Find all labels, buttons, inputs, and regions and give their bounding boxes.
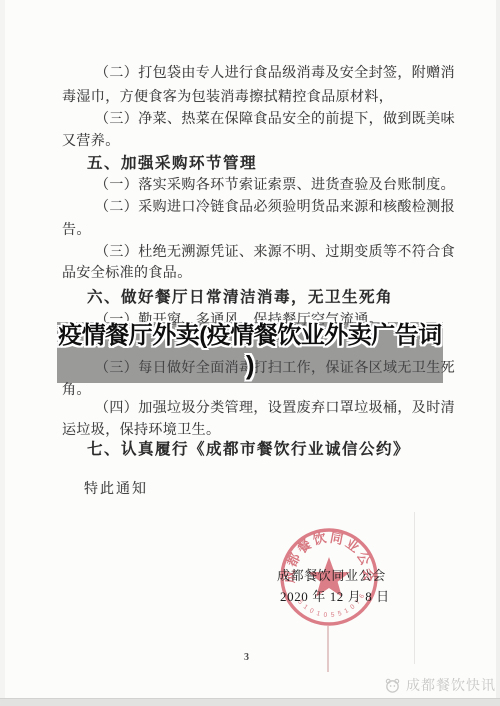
scan-crease [414,512,415,664]
notice-line: 特此通知 [84,478,148,498]
doc-line: （一）落实采购各环节索证索票、进货查验及台账制度。 [95,174,455,194]
doc-line: 又营养。 [62,130,120,150]
doc-line: 品安全标准的食品。 [62,262,192,282]
signature-date: 2020 年 12 月 8 日 [280,586,390,605]
headline-line2: ) [246,350,254,380]
bottom-strip [0,698,500,706]
footer-watermark: 成都餐饮快讯 [384,675,496,695]
headline-overlay-band: 疫情餐厅外卖(疫情餐饮业外卖广告词 ) [57,322,443,383]
doc-heading-7: 七、认真履行《成都市餐饮行业诚信公约》 [87,437,410,459]
watermark-text: 成都餐饮快讯 [406,675,496,695]
page-left-edge [0,0,5,706]
doc-line: （四）加强垃圾分类管理，设置废弃口罩垃圾桶，及时清 [95,397,455,417]
headline-line1: 疫情餐厅外卖(疫情餐饮业外卖广告词 [58,322,442,350]
doc-heading-5: 五、加强采购环节管理 [87,151,257,173]
doc-line: 运垃圾，保持环境卫生。 [62,419,220,439]
doc-line: 告。 [62,219,91,239]
doc-line: 毒湿巾，方便食客为包装消毒擦拭精控食品原材料， [62,86,393,106]
page-right-edge [496,0,500,706]
doc-heading-6: 六、做好餐厅日常清洁消毒，无卫生死角 [87,285,393,307]
watermark-logo-icon [384,677,401,694]
doc-line: （三）净菜、热菜在保障食品安全的前提下，做到既美味 [95,108,455,128]
doc-line: （二）采购进口冷链食品必须验明货品来源和核酸检测报 [95,196,455,216]
doc-line: （三）杜绝无溯源凭证、来源不明、过期变质等不符合食 [95,241,455,261]
signature-org-name: 成都餐饮同业公会 [277,565,386,584]
scanned-notice-page: （二）打包袋由专人进行食品级消毒及安全封签，附赠消 毒湿巾，方便食客为包装消毒擦… [0,0,500,706]
doc-line: （二）打包袋由专人进行食品级消毒及安全封签，附赠消 [95,62,455,82]
page-number: 3 [244,652,249,663]
